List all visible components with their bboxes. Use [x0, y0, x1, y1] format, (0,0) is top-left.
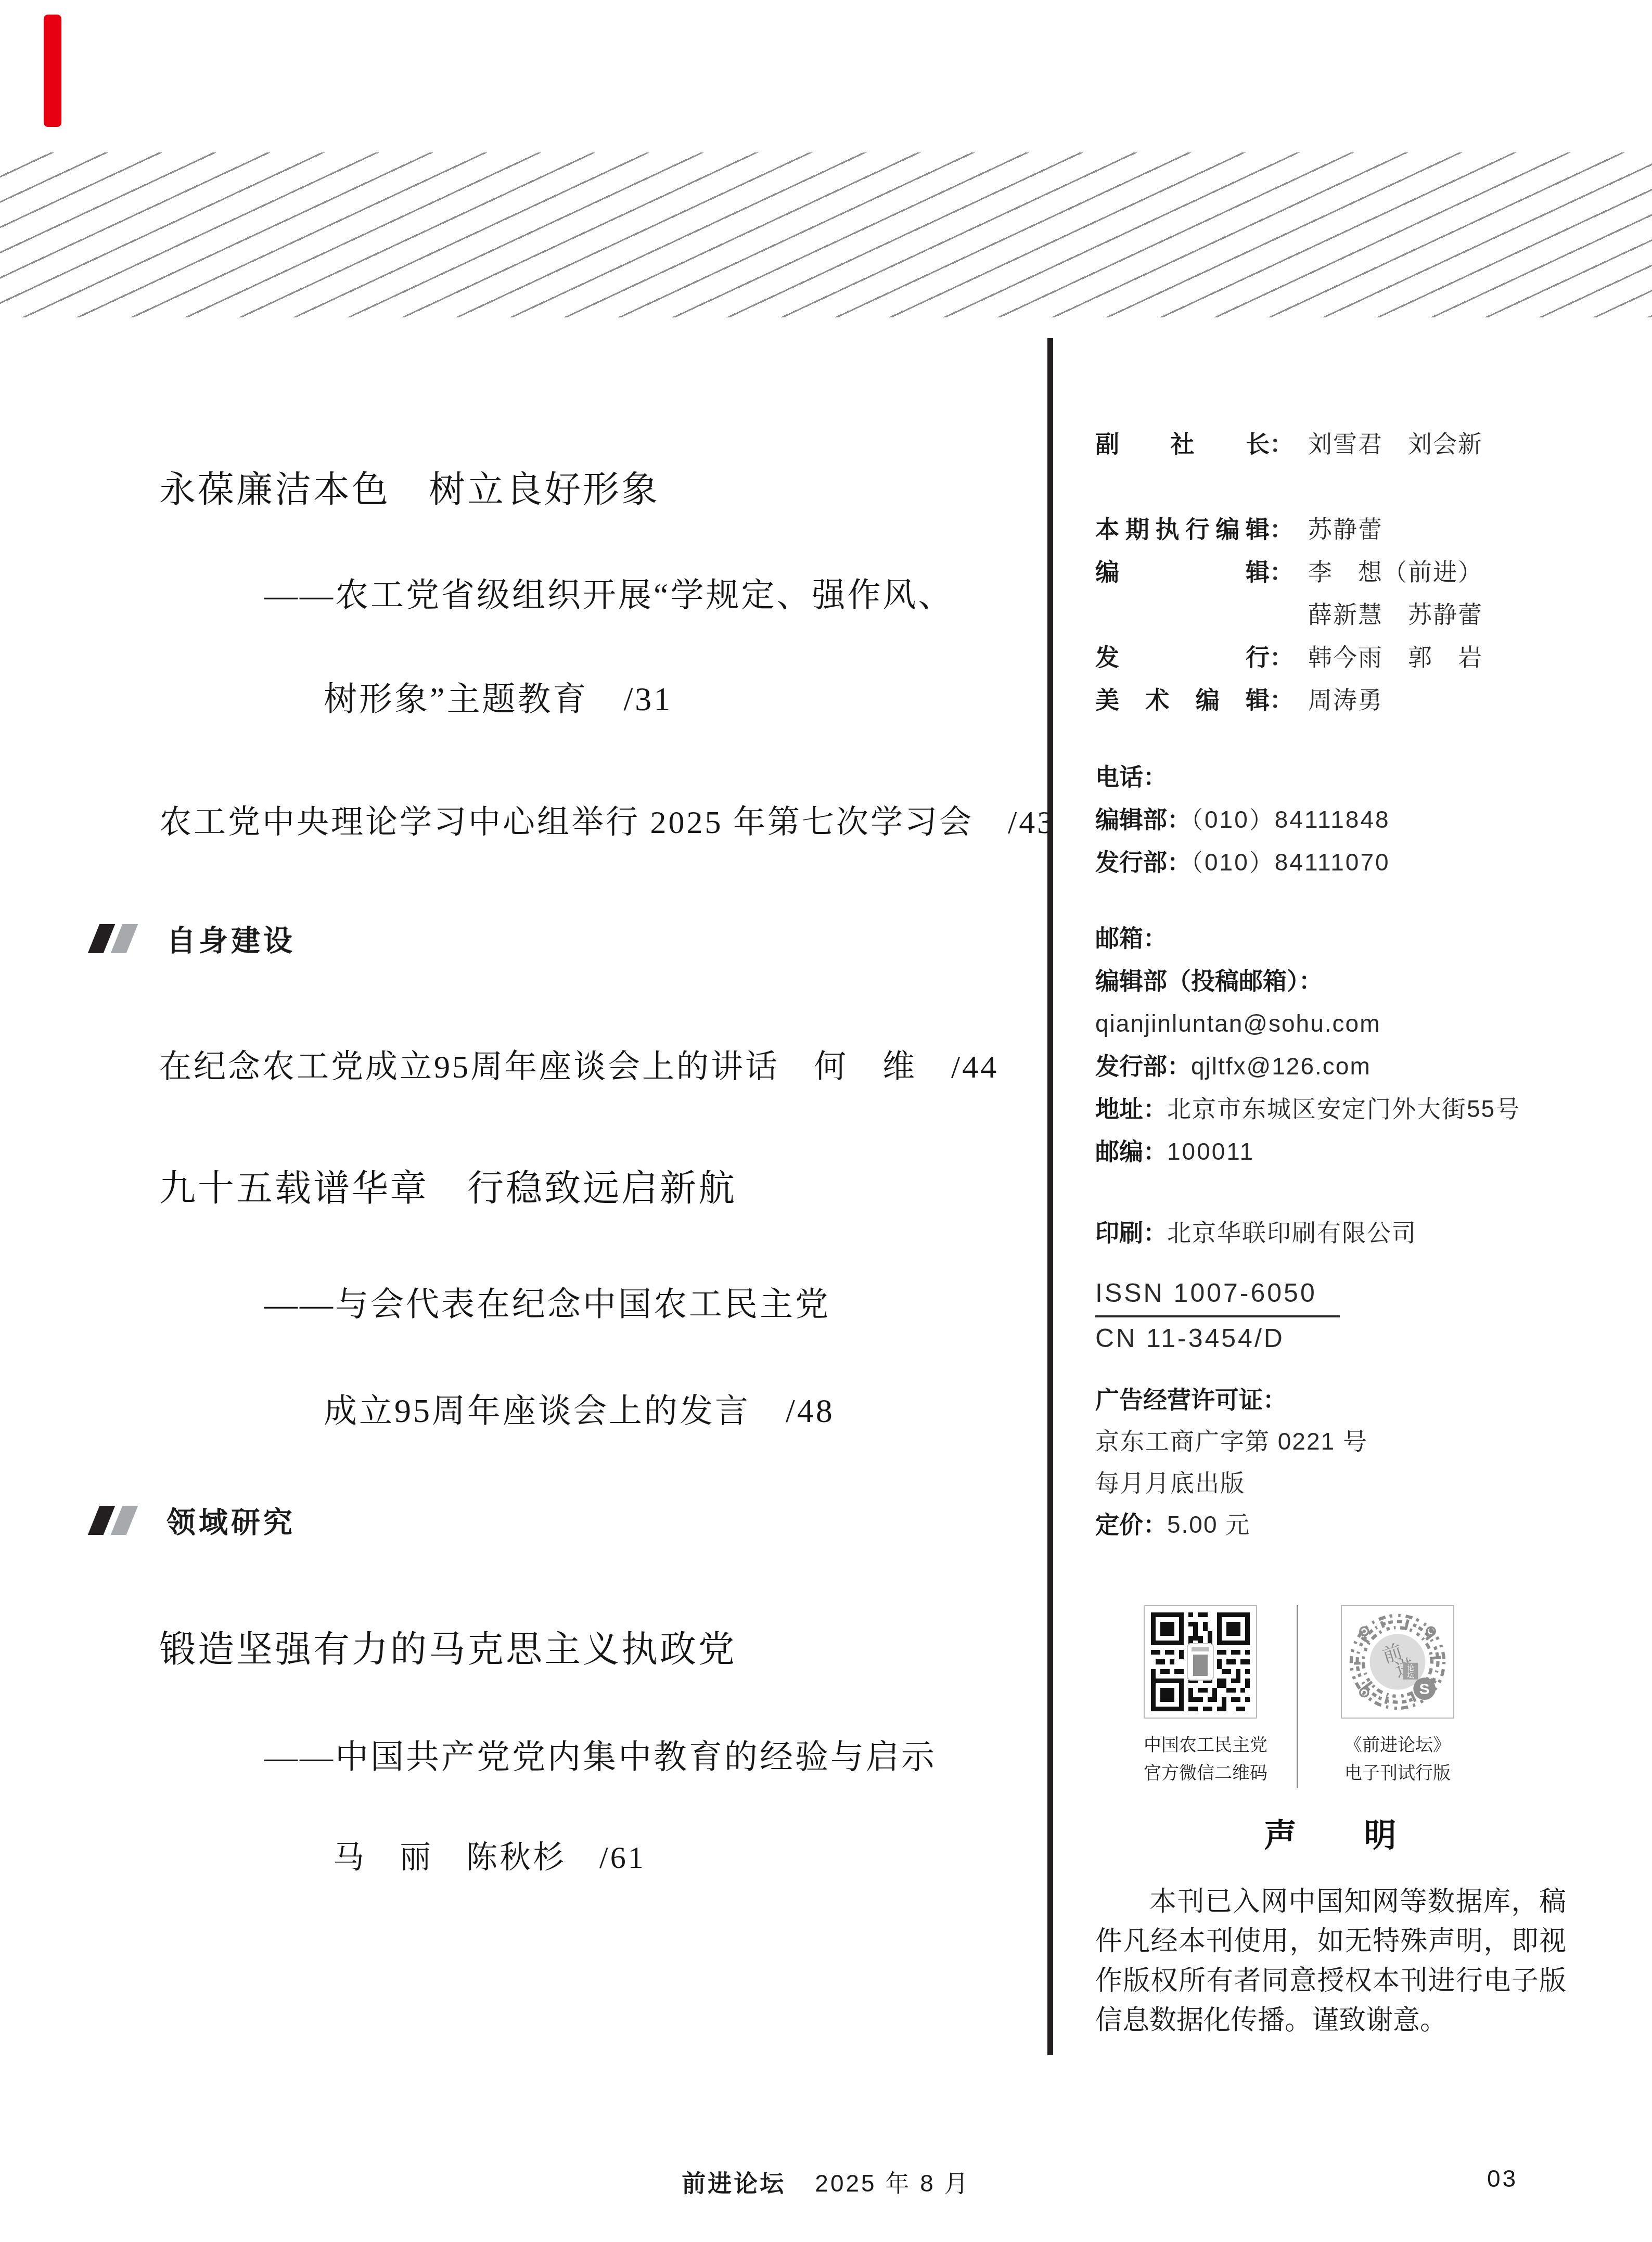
toc-entry-subtitle: 树形象”主题教育 /31 — [324, 672, 672, 720]
toc-section-field-research: 领域研究 — [94, 1500, 296, 1541]
mail-heading: 邮箱： — [1095, 925, 1167, 952]
toc-entry-title: 在纪念农工党成立95周年座谈会上的讲话 何 维 /44 — [159, 1041, 998, 1087]
toc-entry-subtitle: 成立95周年座谈会上的发言 /48 — [324, 1384, 835, 1432]
phone-line: 发行部：（010）84111070 — [1095, 841, 1569, 883]
masthead-value: 刘雪君 刘会新 — [1308, 430, 1483, 457]
statement-title: 声 明 — [1095, 1810, 1566, 1856]
toc-entry-authors: 马 丽 陈秋杉 /61 — [333, 1833, 646, 1877]
statement-body: 本刊已入网中国知网等数据库，稿件凡经本刊使用，如无特殊声明，即视作版权所有者同意… — [1095, 1882, 1566, 2041]
section-title: 领域研究 — [167, 1500, 296, 1541]
masthead-row: ：薛新慧 苏静蕾 — [1095, 593, 1569, 636]
masthead-value: 薛新慧 苏静蕾 — [1308, 601, 1483, 628]
masthead-row: 编辑：李 想（前进） — [1095, 550, 1569, 593]
masthead: 副社长：刘雪君 刘会新 本期执行编辑：苏静蕾 编辑：李 想（前进） ：薛新慧 苏… — [1095, 422, 1569, 721]
miniprogram-code-column: 前 进 论 坛 — [1341, 1605, 1454, 1787]
magazine-toc-page: 永葆廉洁本色 树立良好形象 ——农工党省级组织开展“学规定、强作风、 树形象”主… — [0, 0, 1652, 2242]
qr-caption: 中国农工民主党 官方微信二维码 — [1144, 1731, 1257, 1787]
colon: ： — [1270, 686, 1294, 713]
masthead-label: 本期执行编辑 — [1095, 508, 1270, 550]
miniprogram-code-icon: 前 进 论 坛 — [1341, 1605, 1454, 1719]
column-divider — [1047, 338, 1053, 2055]
phone-line: 编辑部：（010）84111848 — [1095, 798, 1569, 841]
toc-entry-subtitle: ——农工党省级组织开展“学规定、强作风、 — [264, 568, 953, 616]
license-number: 京东工商广字第 0221 号 — [1095, 1420, 1569, 1462]
footer-journal-name: 前进论坛 — [682, 2170, 786, 2197]
phone-heading: 电话： — [1095, 763, 1167, 790]
masthead-row: 副社长：刘雪君 刘会新 — [1095, 422, 1569, 465]
diagonal-hatch-band — [0, 152, 1652, 317]
svg-text:论: 论 — [1407, 1664, 1414, 1672]
masthead-value: 周涛勇 — [1308, 686, 1383, 713]
masthead-label: 发行 — [1095, 636, 1270, 678]
masthead-row: 美术编辑：周涛勇 — [1095, 678, 1569, 721]
masthead-value: 苏静蕾 — [1308, 516, 1383, 543]
section-title: 自身建设 — [167, 918, 296, 959]
masthead-value: 李 想（前进） — [1308, 558, 1483, 585]
svg-text:S: S — [1419, 1681, 1430, 1698]
colon: ： — [1270, 516, 1294, 543]
license-block: 广告经营许可证： 京东工商广字第 0221 号 每月月底出版 定价：5.00 元 — [1095, 1379, 1569, 1545]
masthead-label: 美术编辑 — [1095, 678, 1270, 721]
toc-entry-subtitle: ——中国共产党党内集中教育的经验与启示 — [264, 1730, 937, 1778]
toc-entry-title: 锻造坚强有力的马克思主义执政党 — [159, 1620, 737, 1673]
svg-text:坛: 坛 — [1407, 1671, 1414, 1679]
toc-section-self-building: 自身建设 — [94, 918, 296, 959]
colon: ： — [1270, 558, 1294, 585]
toc-entry-title: 九十五载谱华章 行稳致远启新航 — [159, 1159, 737, 1212]
phone-block: 电话： 编辑部：（010）84111848 发行部：（010）84111070 — [1095, 755, 1569, 883]
wechat-qr-column: 中国农工民主党 官方微信二维码 — [1144, 1605, 1257, 1787]
masthead-label: 副社长 — [1095, 422, 1270, 465]
price-line: 定价：5.00 元 — [1095, 1504, 1569, 1545]
mail-line: 地址：北京市东城区安定门外大街55号 — [1095, 1087, 1569, 1130]
colon: ： — [1270, 644, 1294, 671]
masthead-label: 编辑 — [1095, 550, 1270, 593]
qr-caption: 《前进论坛》 电子刊试行版 — [1341, 1731, 1454, 1787]
section-slash-icon — [94, 924, 132, 953]
print-block: 印刷：北京华联印刷有限公司 — [1095, 1211, 1569, 1254]
publish-cycle: 每月月底出版 — [1095, 1462, 1569, 1504]
footer-issue-date: 2025 年 8 月 — [815, 2170, 970, 2197]
colon: ： — [1270, 430, 1294, 457]
toc-entry-title: 农工党中央理论学习中心组举行 2025 年第七次学习会 /43 — [159, 796, 1055, 842]
mail-line: 编辑部（投稿邮箱）： — [1095, 959, 1569, 1002]
qr-divider — [1297, 1605, 1298, 1788]
toc-entry-subtitle: ——与会代表在纪念中国农工民主党 — [264, 1277, 830, 1325]
issn-number: ISSN 1007-6050 — [1095, 1278, 1317, 1308]
cn-number: CN 11-3454/D — [1095, 1324, 1285, 1353]
page-number: 03 — [1487, 2164, 1518, 2193]
mail-block: 邮箱： 编辑部（投稿邮箱）： qianjinluntan@sohu.com 发行… — [1095, 917, 1569, 1173]
mail-line: qianjinluntan@sohu.com — [1095, 1002, 1569, 1045]
wechat-qr-code-icon — [1144, 1605, 1257, 1719]
toc-entry-title: 永葆廉洁本色 树立良好形象 — [159, 460, 660, 513]
red-accent-bar — [44, 15, 61, 127]
issn-block: ISSN 1007-6050 CN 11-3454/D — [1095, 1272, 1569, 1360]
mail-line: 邮编：100011 — [1095, 1130, 1569, 1173]
license-heading: 广告经营许可证： — [1095, 1386, 1287, 1413]
mail-line: 发行部：qjltfx@126.com — [1095, 1045, 1569, 1087]
section-slash-icon — [94, 1506, 132, 1535]
masthead-value: 韩今雨 郭 岩 — [1308, 644, 1483, 671]
masthead-row: 本期执行编辑：苏静蕾 — [1095, 508, 1569, 550]
masthead-row: 发行：韩今雨 郭 岩 — [1095, 636, 1569, 678]
footer: 前进论坛2025 年 8 月 — [0, 2164, 1652, 2199]
